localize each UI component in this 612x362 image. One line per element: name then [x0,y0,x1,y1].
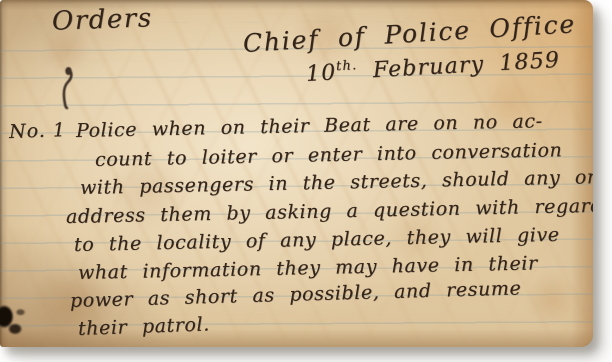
body-line: their patrol. [78,315,210,339]
order-number: No. 1 [9,121,67,142]
ink-stroke-mark [58,66,76,110]
date-ordinal: th. [336,58,358,74]
document-page: Orders Chief of Police Office 10th. Febr… [0,0,612,362]
ink-blot [0,299,28,343]
page-heading: Orders [52,5,153,34]
date-day: 10 [305,60,337,87]
paper-sheet: Orders Chief of Police Office 10th. Febr… [0,0,593,347]
